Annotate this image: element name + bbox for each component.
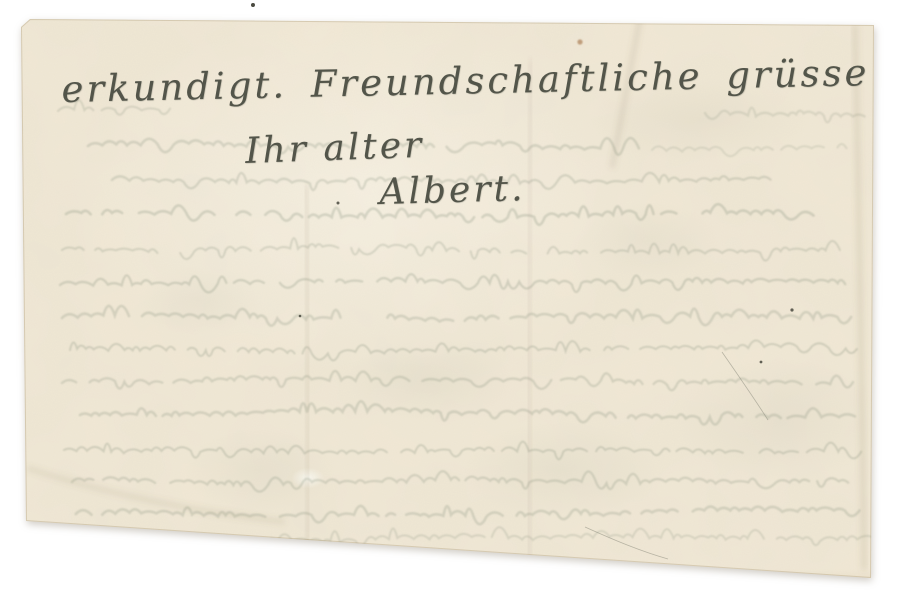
rust-stain <box>825 18 831 24</box>
paper-sheet: erkundigt. Freundschaftliche grüsse &c I… <box>0 0 898 599</box>
handwriting-signature: Albert. <box>379 168 526 213</box>
paper-shadow: erkundigt. Freundschaftliche grüsse &c I… <box>0 0 898 599</box>
handwriting-valediction: Ihr alter <box>245 125 425 172</box>
letter-scan: erkundigt. Freundschaftliche grüsse &c I… <box>0 0 898 599</box>
